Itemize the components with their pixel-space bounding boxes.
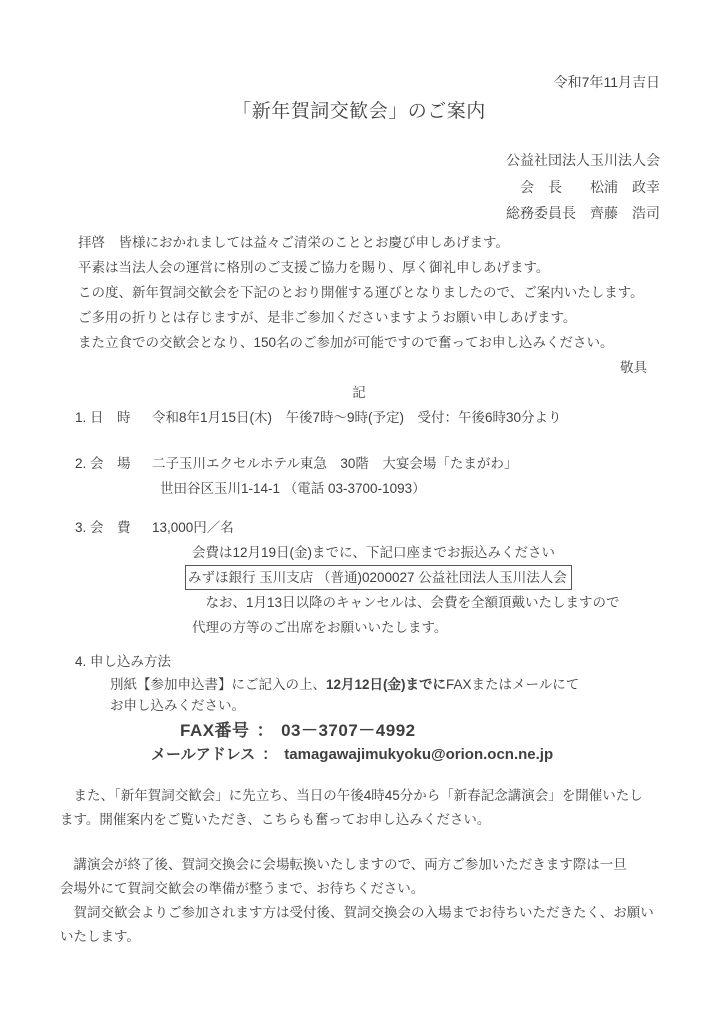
bank-account-box: みずほ銀行 玉川支店 （普通)0200027 公益社団法人玉川法人会 xyxy=(185,565,572,590)
fee-deadline-note: 会費は12月19日(金)までに、下記口座までお振込みください xyxy=(192,540,660,565)
postscript-line: 会場外にて賀詞交歓会の準備が整うまで、お待ちください。 xyxy=(60,877,660,901)
email-address: tamagawajimukyoku@orion.ocn.ne.jp xyxy=(284,746,553,763)
postscript-line: いたします。 xyxy=(60,925,660,949)
item-datetime-label: 1. 日 時 xyxy=(75,405,152,430)
document-title: 「新年賀詞交歓会」のご案内 xyxy=(58,98,660,125)
email-label: メールアドレス xyxy=(151,746,255,763)
fax-number-line: FAX番号：03－3707－4992 xyxy=(180,719,660,743)
bank-account-row: みずほ銀行 玉川支店 （普通)0200027 公益社団法人玉川法人会 xyxy=(185,565,660,590)
fee-cancel-note: 代理の方等のご出席をお願いいたします。 xyxy=(192,615,660,640)
postscript-line: 講演会が終了後、賀詞交換会に会場転換いたしますので、両方ご参加いただきます際は一… xyxy=(60,853,660,877)
item-fee-label: 3. 会 費 xyxy=(75,515,152,540)
fax-label: FAX番号 xyxy=(180,721,250,740)
application-line-1: 別紙【参加申込書】にご記入の上、12月12日(金)までにFAXまたはメールにて xyxy=(110,674,660,695)
closing-salutation: 敬具 xyxy=(58,355,660,380)
venue-address: 世田谷区玉川1-14-1 （電話 03-3700-1093） xyxy=(160,476,660,501)
postscript-line: ます。開催案内をご覧いただき、こちらも奮ってお申し込みください。 xyxy=(60,808,660,832)
item-fee: 3. 会 費 13,000円／名 会費は12月19日(金)までに、下記口座までお… xyxy=(75,515,660,640)
record-heading: 記 xyxy=(58,380,660,405)
fee-amount: 13,000円／名 xyxy=(152,515,660,540)
waiting-notice-paragraph: 賀詞交歓会よりご参加されます方は受付後、賀詞交換会の入場までお待ちいただきたく、… xyxy=(60,901,660,949)
greeting-line: 平素は当法人会の運営に格別のご支援ご協力を賜り、厚く御礼申しあげます。 xyxy=(78,255,660,280)
greeting-line: また立食での交歓会となり、150名のご参加が可能ですので奮ってお申し込みください… xyxy=(78,330,660,355)
application-line-post: FAXまたはメールにて xyxy=(446,677,579,692)
venue-name: 二子玉川エクセルホテル東急 30階 大宴会場「たまがわ」 xyxy=(152,451,660,476)
sender-chairman: 会 長 松浦 政幸 xyxy=(58,174,660,201)
item-venue-label: 2. 会 場 xyxy=(75,451,152,476)
application-instructions: 別紙【参加申込書】にご記入の上、12月12日(金)までにFAXまたはメールにて … xyxy=(110,674,660,716)
fee-cancel-note: なお、1月13日以降のキャンセルは、会費を全額頂戴いたしますので xyxy=(192,590,660,615)
fax-number: 03－3707－4992 xyxy=(281,721,416,740)
email-address-line: メールアドレス：tamagawajimukyoku@orion.ocn.ne.j… xyxy=(151,743,660,766)
sender-secretary: 総務委員長 齊藤 浩司 xyxy=(58,200,660,227)
greeting-block: 拝啓 皆様におかれましては益々ご清栄のこととお慶び申しあげます。 平素は当法人会… xyxy=(78,230,660,355)
postscript-block: また、「新年賀詞交歓会」に先立ち、当日の午後4時45分から「新春記念講演会」を開… xyxy=(60,784,660,949)
greeting-line: ご多用の折りとは存じますが、是非ご参加くださいますようお願い申しあげます。 xyxy=(78,305,660,330)
item-application: 4. 申し込み方法 別紙【参加申込書】にご記入の上、12月12日(金)までにFA… xyxy=(75,649,660,766)
item-datetime: 1. 日 時 令和8年1月15日(木) 午後7時～9時(予定) 受付：午後6時3… xyxy=(75,405,660,430)
postscript-line: 賀詞交歓会よりご参加されます方は受付後、賀詞交換会の入場までお待ちいただきたく、… xyxy=(60,901,660,925)
item-venue: 2. 会 場 二子玉川エクセルホテル東急 30階 大宴会場「たまがわ」 世田谷区… xyxy=(75,451,660,501)
lecture-notice-paragraph: また、「新年賀詞交歓会」に先立ち、当日の午後4時45分から「新春記念講演会」を開… xyxy=(60,784,660,832)
item-application-label: 4. 申し込み方法 xyxy=(75,649,660,674)
sender-block: 公益社団法人玉川法人会 会 長 松浦 政幸 総務委員長 齊藤 浩司 xyxy=(58,147,660,227)
item-datetime-value: 令和8年1月15日(木) 午後7時～9時(予定) 受付：午後6時30分より xyxy=(152,405,660,430)
issue-date: 令和7年11月吉日 xyxy=(58,70,660,95)
application-line-2: お申し込みください。 xyxy=(110,695,660,716)
greeting-line: 拝啓 皆様におかれましては益々ご清栄のこととお慶び申しあげます。 xyxy=(78,230,660,255)
letter-page: 令和7年11月吉日 「新年賀詞交歓会」のご案内 公益社団法人玉川法人会 会 長 … xyxy=(0,0,724,1024)
email-separator: ： xyxy=(255,746,284,763)
postscript-line: また、「新年賀詞交歓会」に先立ち、当日の午後4時45分から「新春記念講演会」を開… xyxy=(60,784,660,808)
application-deadline: 12月12日(金)までに xyxy=(326,677,446,692)
agenda-list: 1. 日 時 令和8年1月15日(木) 午後7時～9時(予定) 受付：午後6時3… xyxy=(75,405,660,766)
sender-org: 公益社団法人玉川法人会 xyxy=(58,147,660,174)
greeting-line: この度、新年賀詞交歓会を下記のとおり開催する運びとなりましたので、ご案内いたしま… xyxy=(78,280,660,305)
application-line-pre: 別紙【参加申込書】にご記入の上、 xyxy=(110,677,326,692)
fax-separator: ： xyxy=(250,721,282,740)
venue-change-paragraph: 講演会が終了後、賀詞交換会に会場転換いたしますので、両方ご参加いただきます際は一… xyxy=(60,853,660,901)
